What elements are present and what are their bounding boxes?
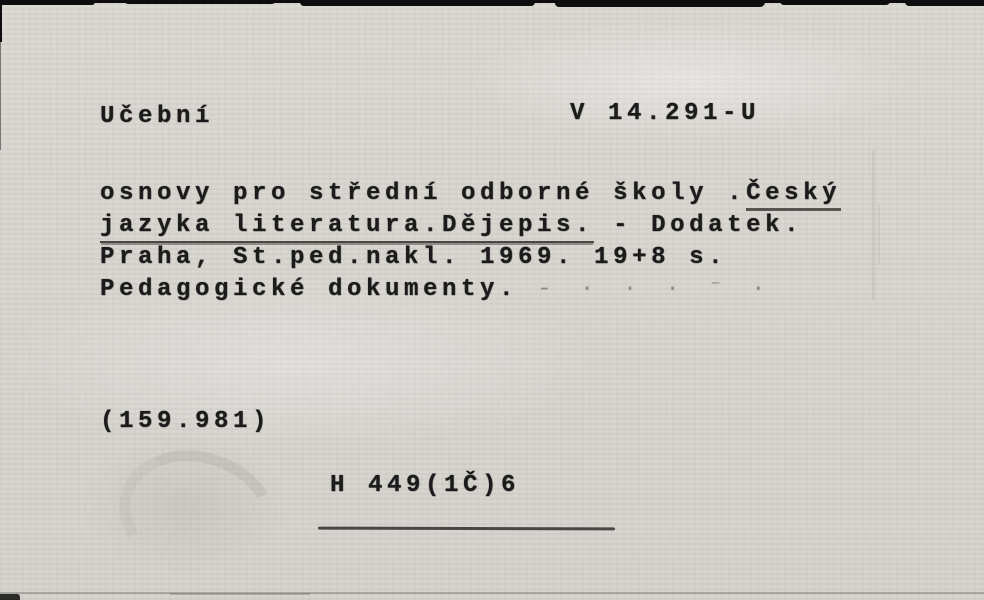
inventory-number: (159.981) [100,406,271,438]
scan-top-edge-blob [555,0,765,7]
description-line-2: jazyka literatura.Dějepis. - Dodatek. [100,210,841,242]
scan-top-edge-blob [300,0,535,6]
catalog-card-scan: Učební V 14.291-U osnovy pro střední odb… [0,0,984,600]
scan-left-edge-faint [0,40,1,150]
heading-word: Učební [100,101,214,133]
scan-bottom-line [0,592,984,594]
scan-top-edge-blob [780,0,890,5]
description-line-3: Praha, St.ped.nakl. 1969. 19+8 s. [100,242,841,274]
shelf-mark-underline [318,527,615,531]
faint-pen-marks: - · · · ⁻ · [537,276,772,303]
scan-bottom-smear [170,593,310,595]
shelf-mark: H 449(1Č)6 [330,470,520,502]
scan-streak [872,150,875,300]
description-line-1: osnovy pro střední odborné školy .Český [100,178,841,210]
scan-top-edge-blob [125,0,275,4]
call-number: V 14.291-U [570,98,760,130]
scan-top-edge-blob [0,0,95,5]
description-line-1-text: osnovy pro střední odborné školy . [100,180,746,207]
description-line-4: Pedagogické dokumenty. - · · · ⁻ · [100,274,841,306]
underlined-title-part-1: Český [746,180,841,211]
series-note: Pedagogické dokumenty. [100,276,518,303]
scan-streak [878,205,880,265]
description-line-2-text: - Dodatek. [594,212,803,239]
scan-left-edge [0,0,2,42]
bibliographic-description: osnovy pro střední odborné školy .Český … [100,178,841,306]
paper-smudge [102,430,293,600]
underlined-title-part-2: jazyka literatura.Dějepis. [100,212,594,243]
scan-bottom-left-mark [0,594,20,600]
scan-top-edge-blob [905,0,984,6]
